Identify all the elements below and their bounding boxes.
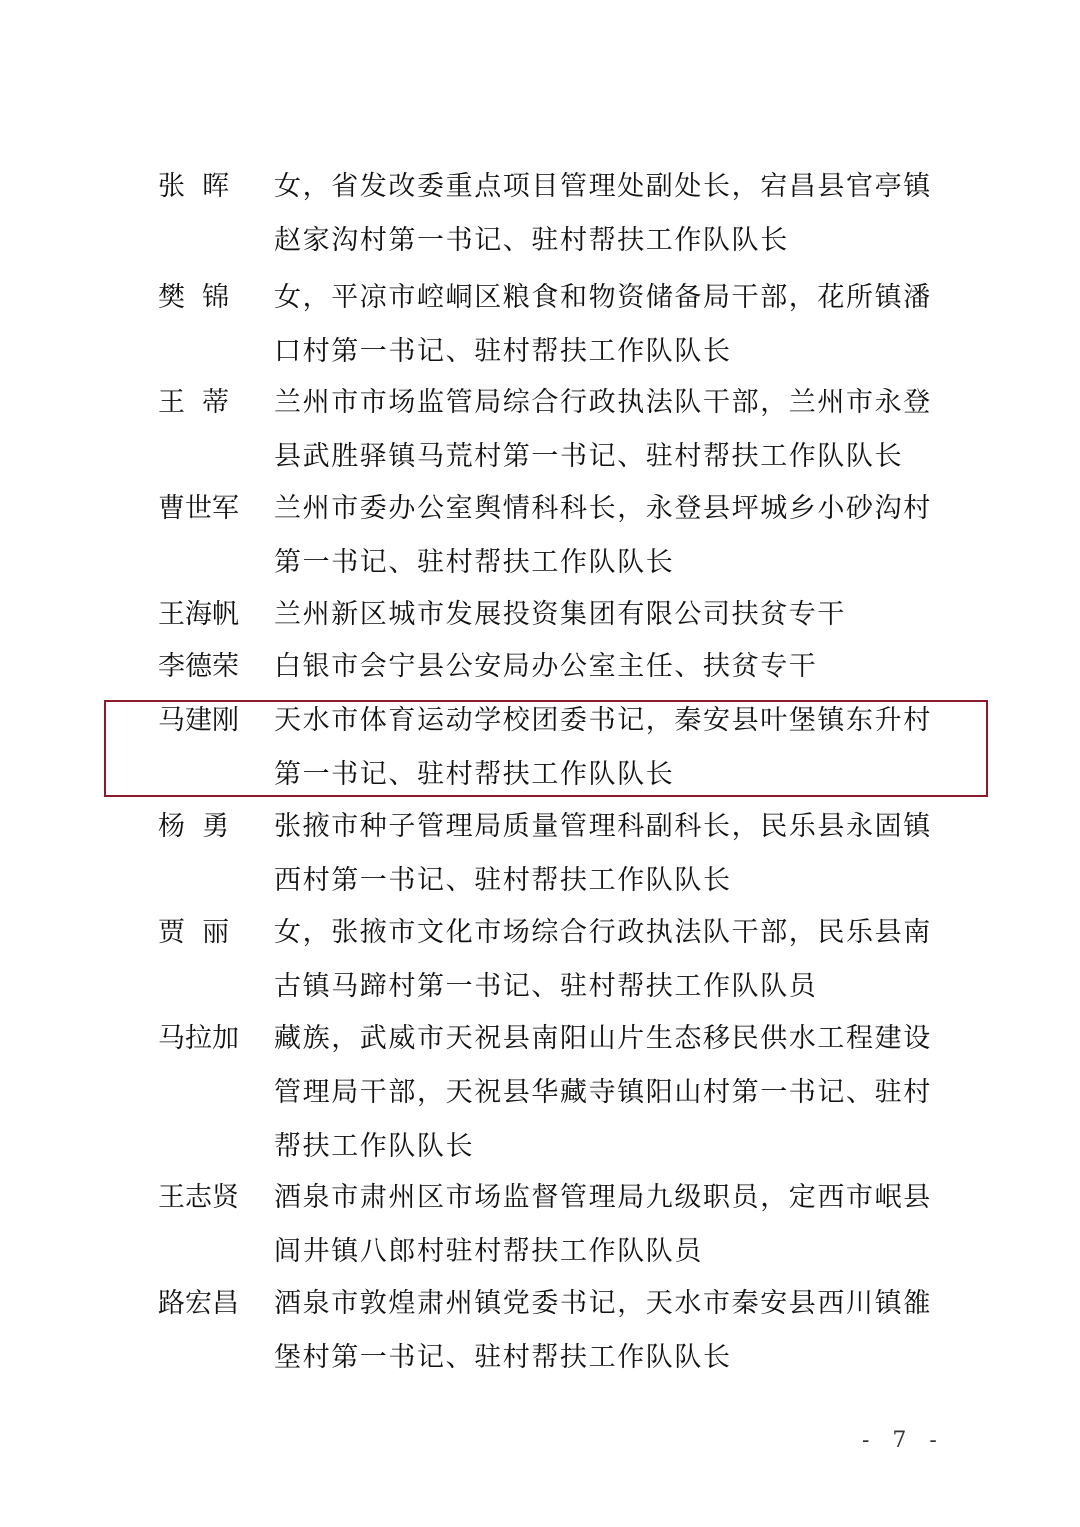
description-line: 兰州市市场监管局综合行政执法队干部，兰州市永登 [274, 376, 934, 430]
person-name: 王 蒂 [158, 376, 258, 430]
page-number: - 7 - [862, 1428, 945, 1453]
person-name: 贾 丽 [158, 906, 258, 960]
person-description: 酒泉市敦煌肃州镇党委书记，天水市秦安县西川镇雒 堡村第一书记、驻村帮扶工作队队长 [274, 1277, 934, 1385]
person-description: 女，省发改委重点项目管理处副处长，宕昌县官亭镇 赵家沟村第一书记、驻村帮扶工作队… [274, 160, 934, 268]
description-line: 女，张掖市文化市场综合行政执法队干部，民乐县南 [274, 906, 934, 960]
description-line: 口村第一书记、驻村帮扶工作队队长 [274, 325, 934, 379]
person-description: 兰州市委办公室舆情科科长，永登县坪城乡小砂沟村 第一书记、驻村帮扶工作队队长 [274, 482, 934, 590]
person-name: 张 晖 [158, 160, 258, 214]
description-line: 县武胜驿镇马荒村第一书记、驻村帮扶工作队队长 [274, 430, 934, 484]
description-line: 酒泉市肃州区市场监督管理局九级职员，定西市岷县 [274, 1171, 934, 1225]
description-line: 管理局干部，天祝县华藏寺镇阳山村第一书记、驻村 [274, 1066, 934, 1120]
person-description: 女，张掖市文化市场综合行政执法队干部，民乐县南 古镇马蹄村第一书记、驻村帮扶工作… [274, 906, 934, 1014]
description-line: 第一书记、驻村帮扶工作队队长 [274, 748, 934, 802]
description-line: 帮扶工作队队长 [274, 1120, 934, 1174]
person-name: 马建刚 [158, 694, 258, 748]
person-name: 樊 锦 [158, 271, 258, 325]
person-description: 兰州市市场监管局综合行政执法队干部，兰州市永登 县武胜驿镇马荒村第一书记、驻村帮… [274, 376, 934, 484]
description-line: 闾井镇八郎村驻村帮扶工作队队员 [274, 1225, 934, 1279]
description-line: 西村第一书记、驻村帮扶工作队队长 [274, 854, 934, 908]
person-name: 曹世军 [158, 482, 258, 536]
person-name: 马拉加 [158, 1012, 258, 1066]
description-line: 女，平凉市崆峒区粮食和物资储备局干部，花所镇潘 [274, 271, 934, 325]
person-name: 杨 勇 [158, 800, 258, 854]
description-line: 古镇马蹄村第一书记、驻村帮扶工作队队员 [274, 960, 934, 1014]
person-description: 兰州新区城市发展投资集团有限公司扶贫专干 [274, 588, 934, 642]
description-line: 赵家沟村第一书记、驻村帮扶工作队队长 [274, 214, 934, 268]
description-line: 白银市会宁县公安局办公室主任、扶贫专干 [274, 640, 934, 694]
person-name: 王海帆 [158, 588, 258, 642]
person-description: 白银市会宁县公安局办公室主任、扶贫专干 [274, 640, 934, 694]
description-line: 张掖市种子管理局质量管理科副科长，民乐县永固镇 [274, 800, 934, 854]
person-name: 李德荣 [158, 640, 258, 694]
description-line: 女，省发改委重点项目管理处副处长，宕昌县官亭镇 [274, 160, 934, 214]
person-name: 路宏昌 [158, 1277, 258, 1331]
person-name: 王志贤 [158, 1171, 258, 1225]
document-page: 张 晖 女，省发改委重点项目管理处副处长，宕昌县官亭镇 赵家沟村第一书记、驻村帮… [0, 0, 1080, 1527]
description-line: 兰州新区城市发展投资集团有限公司扶贫专干 [274, 588, 934, 642]
person-description: 藏族，武威市天祝县南阳山片生态移民供水工程建设 管理局干部，天祝县华藏寺镇阳山村… [274, 1012, 934, 1174]
description-line: 天水市体育运动学校团委书记，秦安县叶堡镇东升村 [274, 694, 934, 748]
description-line: 第一书记、驻村帮扶工作队队长 [274, 536, 934, 590]
description-line: 藏族，武威市天祝县南阳山片生态移民供水工程建设 [274, 1012, 934, 1066]
description-line: 堡村第一书记、驻村帮扶工作队队长 [274, 1331, 934, 1385]
description-line: 酒泉市敦煌肃州镇党委书记，天水市秦安县西川镇雒 [274, 1277, 934, 1331]
person-description: 天水市体育运动学校团委书记，秦安县叶堡镇东升村 第一书记、驻村帮扶工作队队长 [274, 694, 934, 802]
person-description: 酒泉市肃州区市场监督管理局九级职员，定西市岷县 闾井镇八郎村驻村帮扶工作队队员 [274, 1171, 934, 1279]
person-description: 女，平凉市崆峒区粮食和物资储备局干部，花所镇潘 口村第一书记、驻村帮扶工作队队长 [274, 271, 934, 379]
person-description: 张掖市种子管理局质量管理科副科长，民乐县永固镇 西村第一书记、驻村帮扶工作队队长 [274, 800, 934, 908]
description-line: 兰州市委办公室舆情科科长，永登县坪城乡小砂沟村 [274, 482, 934, 536]
